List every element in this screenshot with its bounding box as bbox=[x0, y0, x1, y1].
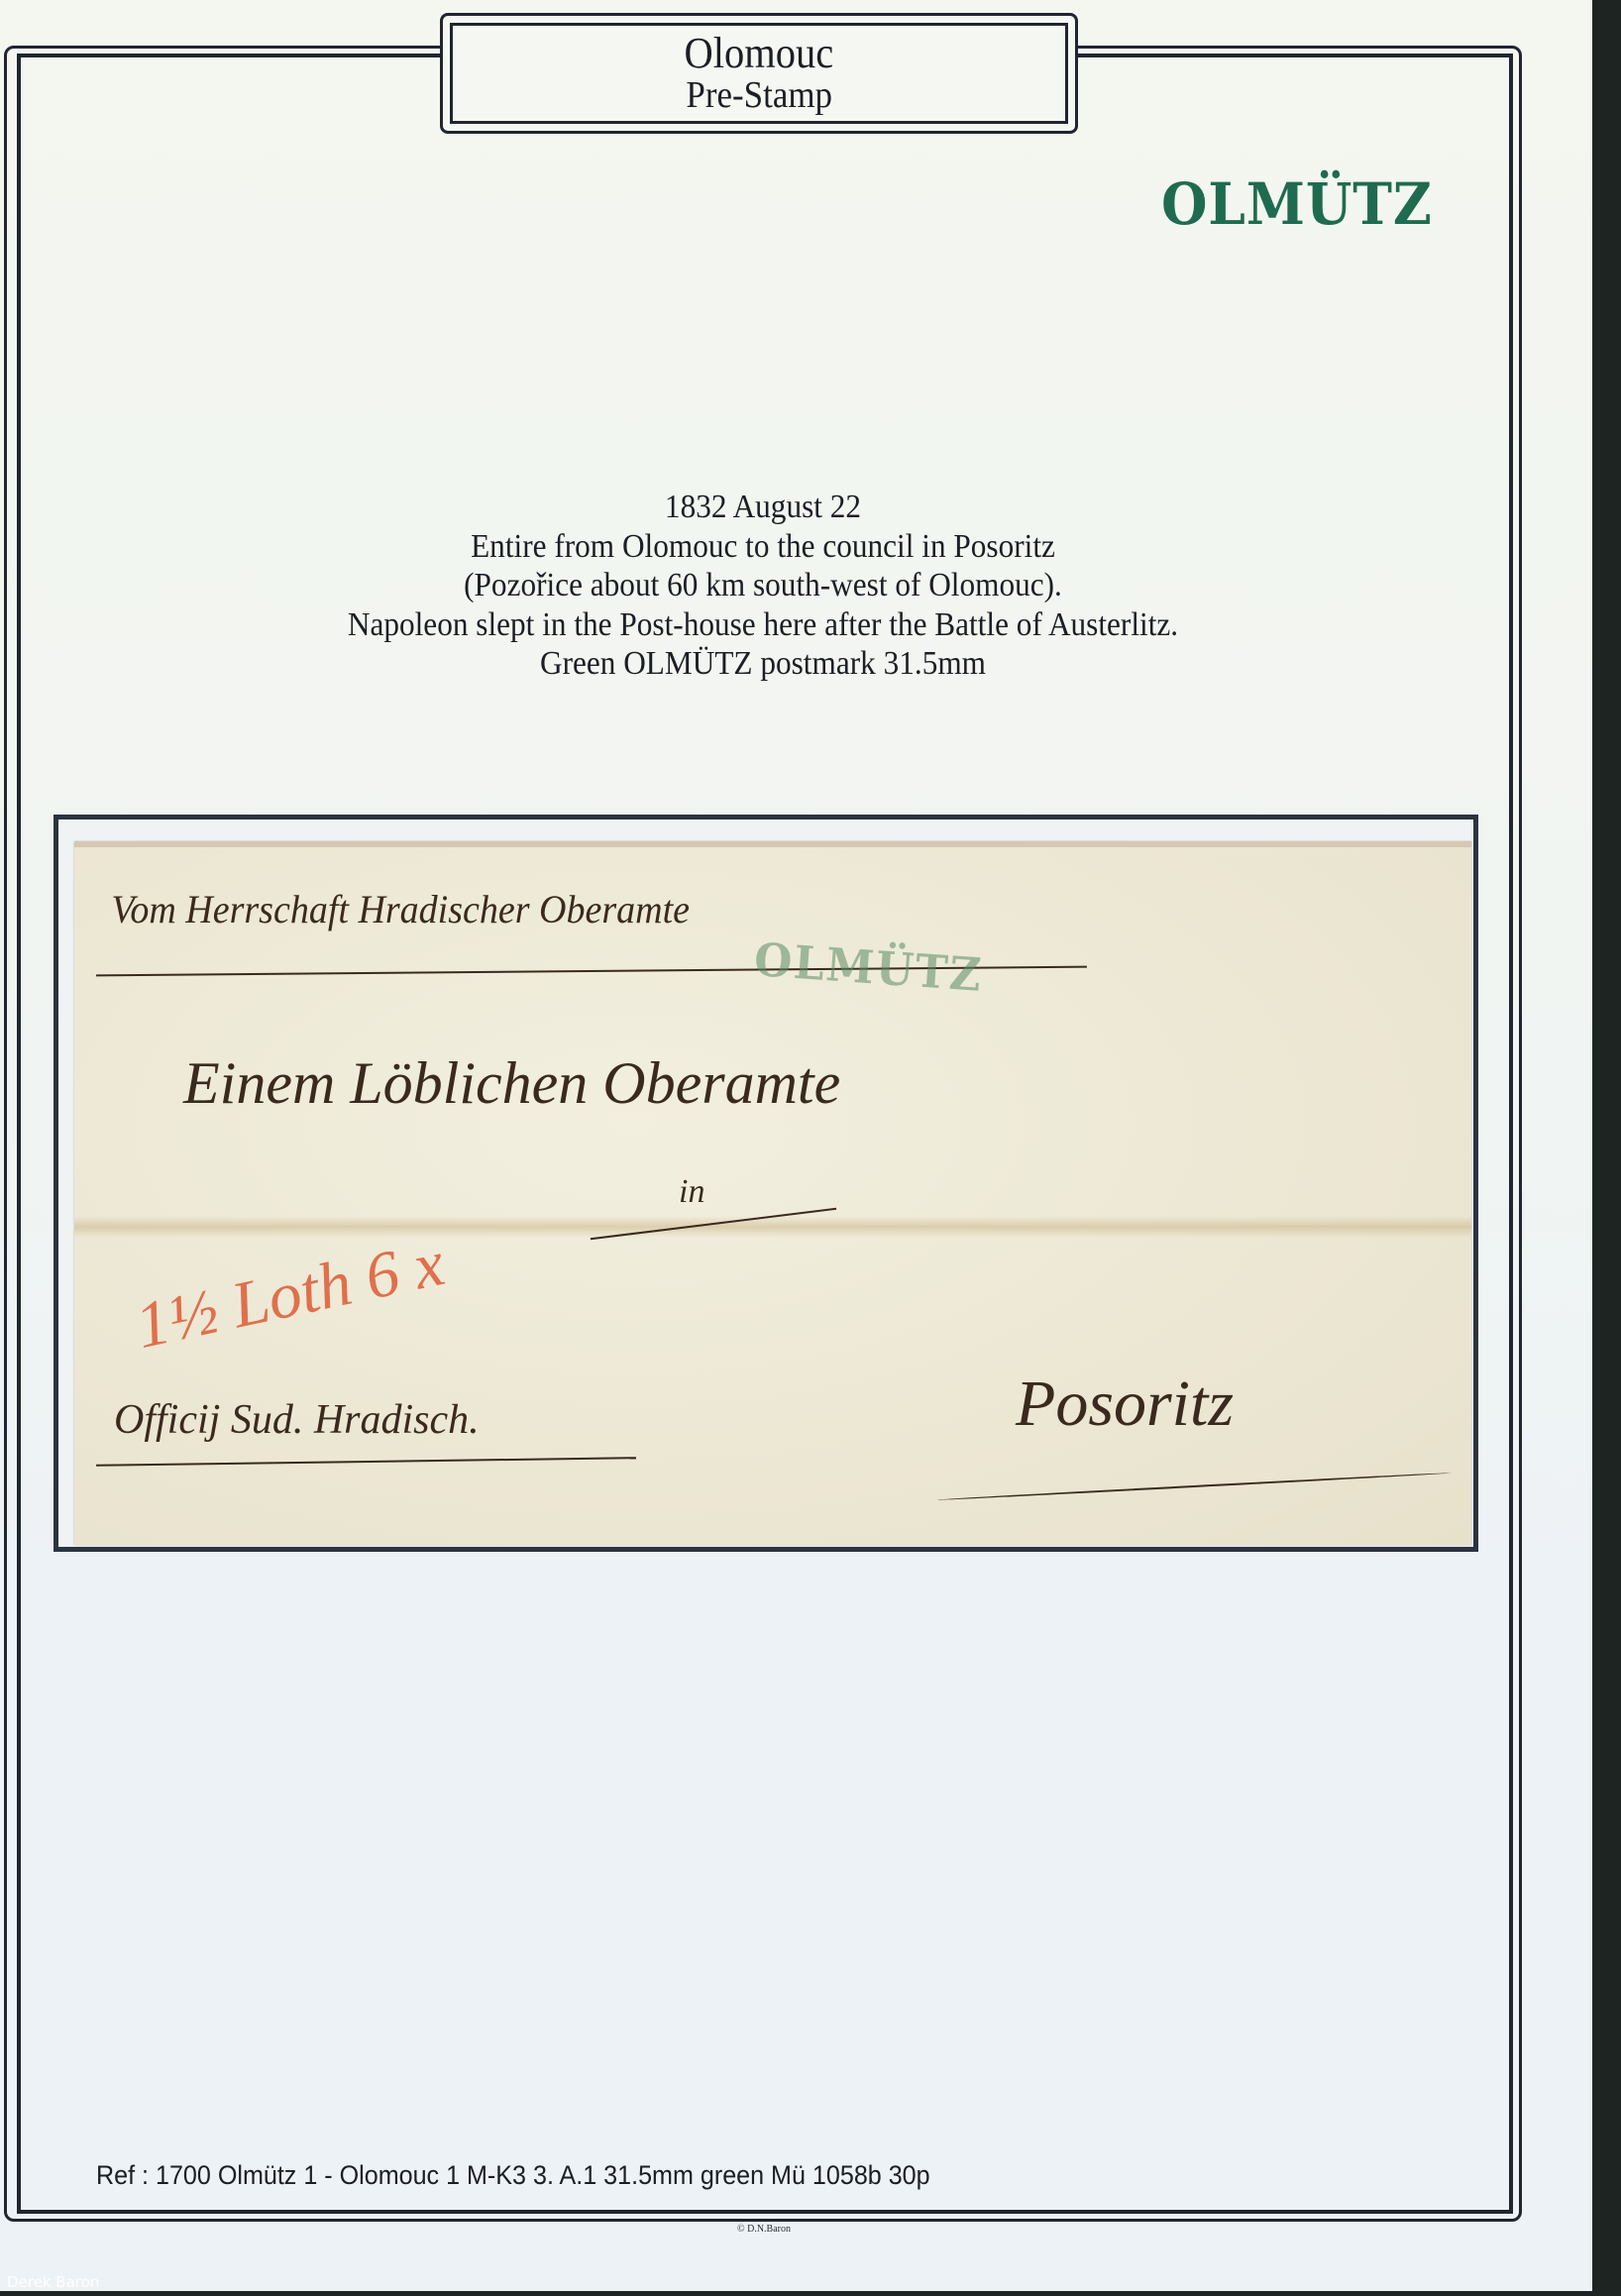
handwriting-address: Einem Löblichen Oberamte bbox=[183, 1049, 840, 1118]
underline bbox=[96, 1457, 636, 1467]
handwriting-official: Officij Sud. Hradisch. bbox=[114, 1396, 480, 1444]
caption-line: (Pozořice about 60 km south-west of Olom… bbox=[153, 566, 1374, 605]
scan-edge-bottom bbox=[0, 2291, 1621, 2296]
handwriting-sender: Vom Herrschaft Hradischer Oberamte bbox=[111, 886, 690, 932]
scan-edge-right bbox=[1592, 0, 1621, 2296]
postmark-illustration: OLMÜTZ bbox=[1161, 170, 1433, 238]
handwriting-destination: Posoritz bbox=[1016, 1367, 1234, 1442]
postmark-strike: OLMÜTZ bbox=[752, 932, 984, 1002]
caption-line: Entire from Olomouc to the council in Po… bbox=[153, 527, 1374, 567]
page-title: Olomouc bbox=[685, 32, 834, 75]
cover-top-edge bbox=[74, 841, 1471, 847]
handwriting-rate-red: 1½ Loth 6 x bbox=[130, 1226, 451, 1365]
handwriting-in: in bbox=[679, 1173, 704, 1211]
caption-line: Green OLMÜTZ postmark 31.5mm bbox=[153, 644, 1374, 684]
catalogue-reference: Ref : 1700 Olmütz 1 - Olomouc 1 M-K3 3. … bbox=[96, 2160, 930, 2191]
flourish bbox=[936, 1472, 1451, 1500]
title-box: Olomouc Pre-Stamp bbox=[440, 13, 1078, 134]
cover-mount: Vom Herrschaft Hradischer Oberamte OLMÜT… bbox=[54, 815, 1478, 1552]
caption-date: 1832 August 22 bbox=[153, 488, 1374, 527]
copyright: © D.N.Baron bbox=[737, 2224, 791, 2235]
caption: 1832 August 22 Entire from Olomouc to th… bbox=[99, 488, 1427, 684]
watermark: Derek Baron bbox=[7, 2273, 99, 2291]
title-box-inner: Olomouc Pre-Stamp bbox=[450, 23, 1068, 124]
caption-line: Napoleon slept in the Post-house here af… bbox=[153, 605, 1374, 645]
page-subtitle: Pre-Stamp bbox=[686, 75, 832, 115]
cover-entire: Vom Herrschaft Hradischer Oberamte OLMÜT… bbox=[74, 841, 1471, 1545]
cover-fold bbox=[74, 1216, 1471, 1238]
